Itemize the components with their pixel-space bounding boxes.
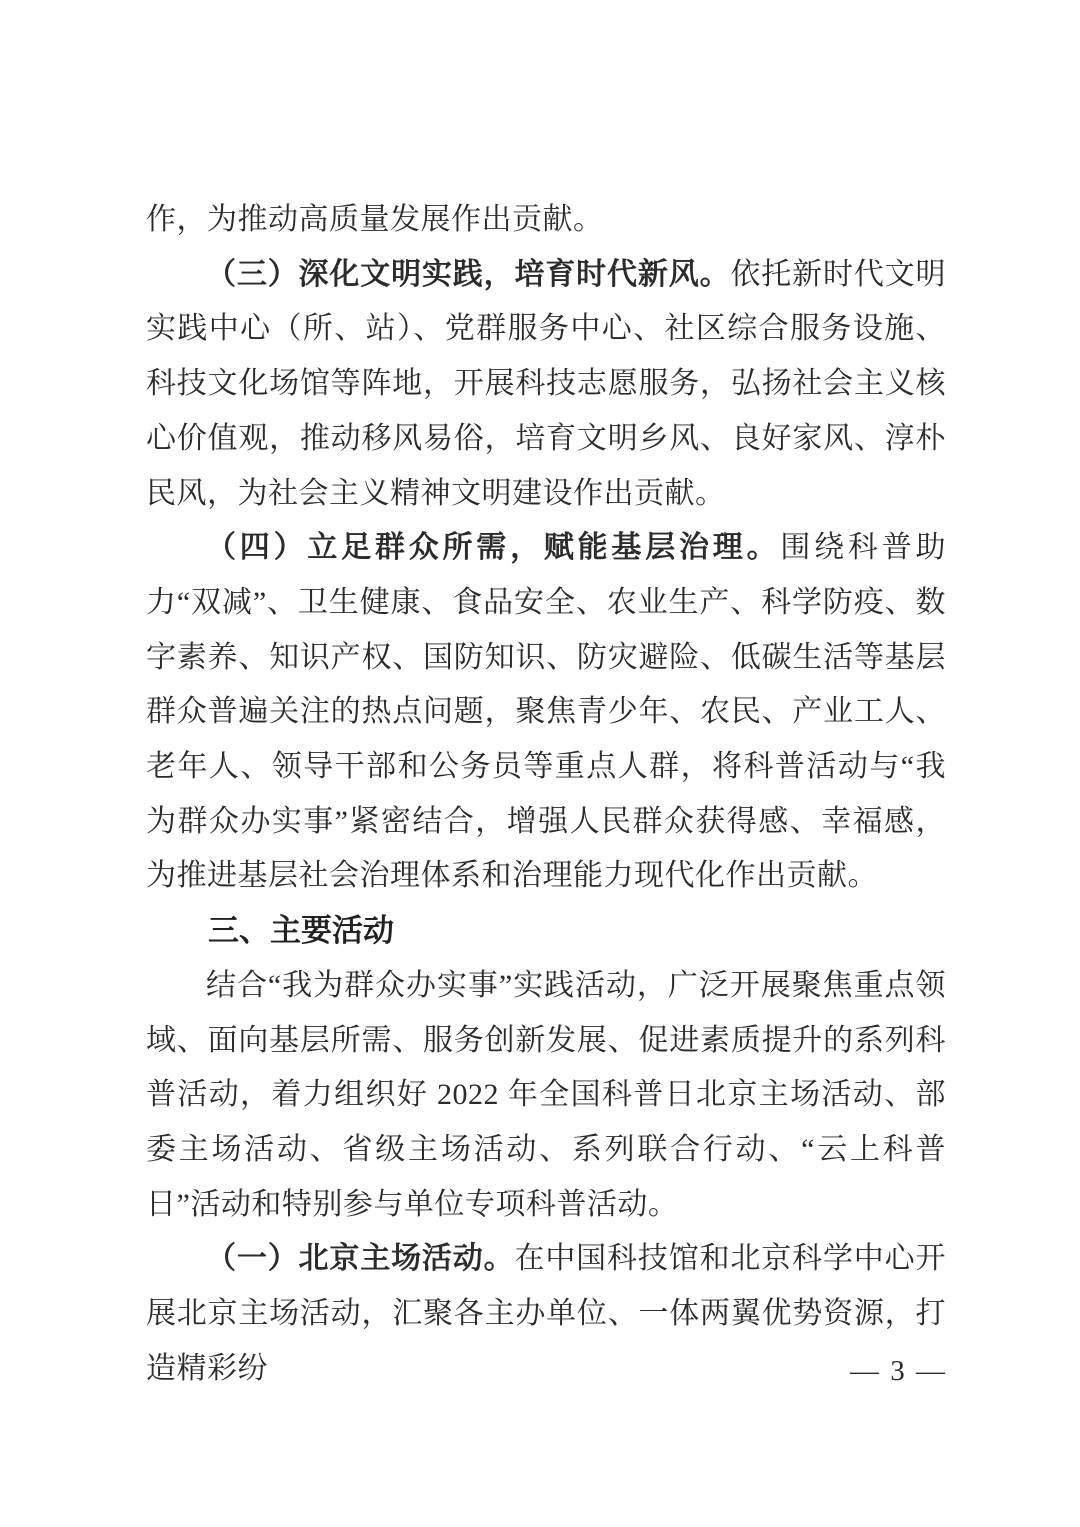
document-page: 作，为推动高质量发展作出贡献。 （三）深化文明实践，培育时代新风。依托新时代文明… — [0, 0, 1080, 1527]
paragraph-section-three: （三）深化文明实践，培育时代新风。依托新时代文明实践中心（所、站）、党群服务中心… — [146, 248, 946, 522]
paragraph-beijing-main-venue: （一）北京主场活动。在中国科技馆和北京科学中心开展北京主场活动，汇聚各主办单位、… — [146, 1232, 946, 1396]
paragraph-continuation: 作，为推动高质量发展作出贡献。 — [146, 193, 946, 248]
paragraph-lead: （三）深化文明实践，培育时代新风。 — [206, 258, 730, 291]
paragraph-text: 作，为推动高质量发展作出贡献。 — [146, 203, 604, 236]
paragraph-lead: （四）立足群众所需，赋能基层治理。 — [206, 531, 780, 564]
page-number: — 3 — — [850, 1344, 947, 1398]
paragraph-text: 围绕科普助力“双减”、卫生健康、食品安全、农业生产、科学防疫、数字素养、知识产权… — [146, 531, 946, 892]
paragraph-text: 依托新时代文明实践中心（所、站）、党群服务中心、社区综合服务设施、科技文化场馆等… — [146, 258, 946, 510]
paragraph-text: 结合“我为群众办实事”实践活动，广泛开展聚焦重点领域、面向基层所需、服务创新发展… — [146, 969, 946, 1221]
document-content: 作，为推动高质量发展作出贡献。 （三）深化文明实践，培育时代新风。依托新时代文明… — [146, 193, 946, 1396]
paragraph-section-four: （四）立足群众所需，赋能基层治理。围绕科普助力“双减”、卫生健康、食品安全、农业… — [146, 521, 946, 904]
paragraph-lead: （一）北京主场活动。 — [206, 1242, 514, 1275]
paragraph-activities-overview: 结合“我为群众办实事”实践活动，广泛开展聚焦重点领域、面向基层所需、服务创新发展… — [146, 959, 946, 1233]
section-heading-main-activities: 三、主要活动 — [146, 904, 946, 959]
